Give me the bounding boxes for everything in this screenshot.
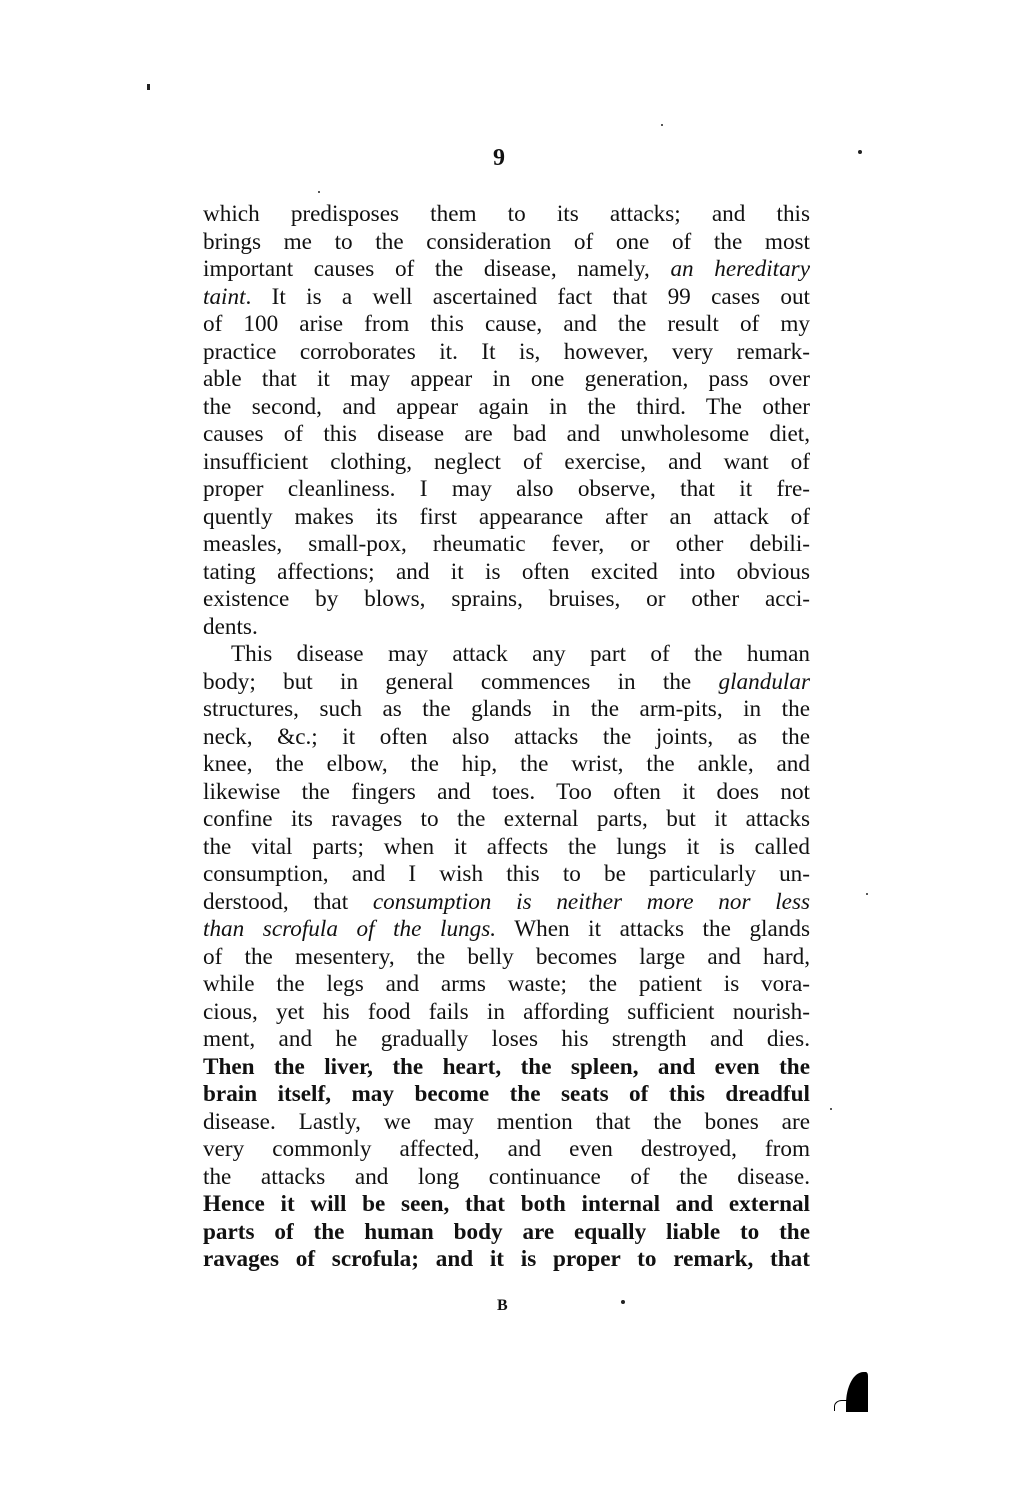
text-line: consumption, and I wish this to be parti… [203,861,810,889]
text-line: insufficient clothing, neglect of exerci… [203,449,810,477]
text-run: When it attacks the glands [496,916,810,942]
text-line: cious, yet his food fails in affording s… [203,999,810,1027]
scan-speck [318,191,320,193]
scan-speck [866,893,868,895]
text-line: parts of the human body are equally liab… [203,1219,810,1247]
italic-phrase: an hereditary [670,256,810,282]
text-line: ravages of scrofula; and it is proper to… [203,1246,810,1274]
scan-speck [621,1300,625,1304]
scan-speck [147,84,150,90]
text-line: quently makes its first appearance after… [203,504,810,532]
scan-speck [661,124,663,126]
text-line: disease. Lastly, we may mention that the… [203,1109,810,1137]
paragraph-start-line: This disease may attack any part of the … [203,641,810,669]
text-line: which predisposes them to its attacks; a… [203,201,810,229]
page-number: 9 [493,146,505,170]
scan-speck [830,1108,832,1110]
text-line: practice corroborates it. It is, however… [203,339,810,367]
italic-phrase: taint [203,284,246,310]
text-line: tating affections; and it is often excit… [203,559,810,587]
text-line: causes of this disease are bad and unwho… [203,421,810,449]
corner-mark [846,1372,868,1412]
text-line: brings me to the consideration of one of… [203,229,810,257]
signature-mark: B [497,1297,508,1315]
text-line: neck, &c.; it often also attacks the joi… [203,724,810,752]
text-line: than scrofula of the lungs. When it atta… [203,916,810,944]
text-run: derstood, that [203,889,373,915]
text-line: able that it may appear in one generatio… [203,366,810,394]
text-line: confine its ravages to the external part… [203,806,810,834]
text-line: important causes of the disease, namely,… [203,256,810,284]
text-line: the second, and appear again in the thir… [203,394,810,422]
text-line: proper cleanliness. I may also observe, … [203,476,810,504]
text-line: of 100 arise from this cause, and the re… [203,311,810,339]
text-line: of the mesentery, the belly becomes larg… [203,944,810,972]
text-run: important causes of the disease, namely, [203,256,670,282]
body-text: which predisposes them to its attacks; a… [203,201,810,1274]
text-line: the vital parts; when it affects the lun… [203,834,810,862]
text-line: Hence it will be seen, that both interna… [203,1191,810,1219]
italic-phrase: than scrofula of the lungs. [203,916,496,942]
text-line: existence by blows, sprains, bruises, or… [203,586,810,614]
text-run: body; but in general commences in the [203,669,719,695]
scan-speck [858,150,862,154]
corner-curl [834,1400,847,1411]
text-line: while the legs and arms waste; the patie… [203,971,810,999]
italic-phrase: glandular [719,669,810,695]
text-line: ment, and he gradually loses his strengt… [203,1026,810,1054]
text-line: the attacks and long continuance of the … [203,1164,810,1192]
text-line: very commonly affected, and even destroy… [203,1136,810,1164]
text-line: knee, the elbow, the hip, the wrist, the… [203,751,810,779]
text-line: structures, such as the glands in the ar… [203,696,810,724]
text-line: brain itself, may become the seats of th… [203,1081,810,1109]
italic-phrase: consumption is neither more nor less [373,889,810,915]
text-line: likewise the fingers and toes. Too often… [203,779,810,807]
text-line: dents. [203,614,810,642]
text-run: . It is a well ascertained fact that 99 … [246,284,810,310]
text-line: derstood, that consumption is neither mo… [203,889,810,917]
text-line: taint. It is a well ascertained fact tha… [203,284,810,312]
text-line: measles, small-pox, rheumatic fever, or … [203,531,810,559]
text-line: Then the liver, the heart, the spleen, a… [203,1054,810,1082]
text-line: body; but in general commences in the gl… [203,669,810,697]
